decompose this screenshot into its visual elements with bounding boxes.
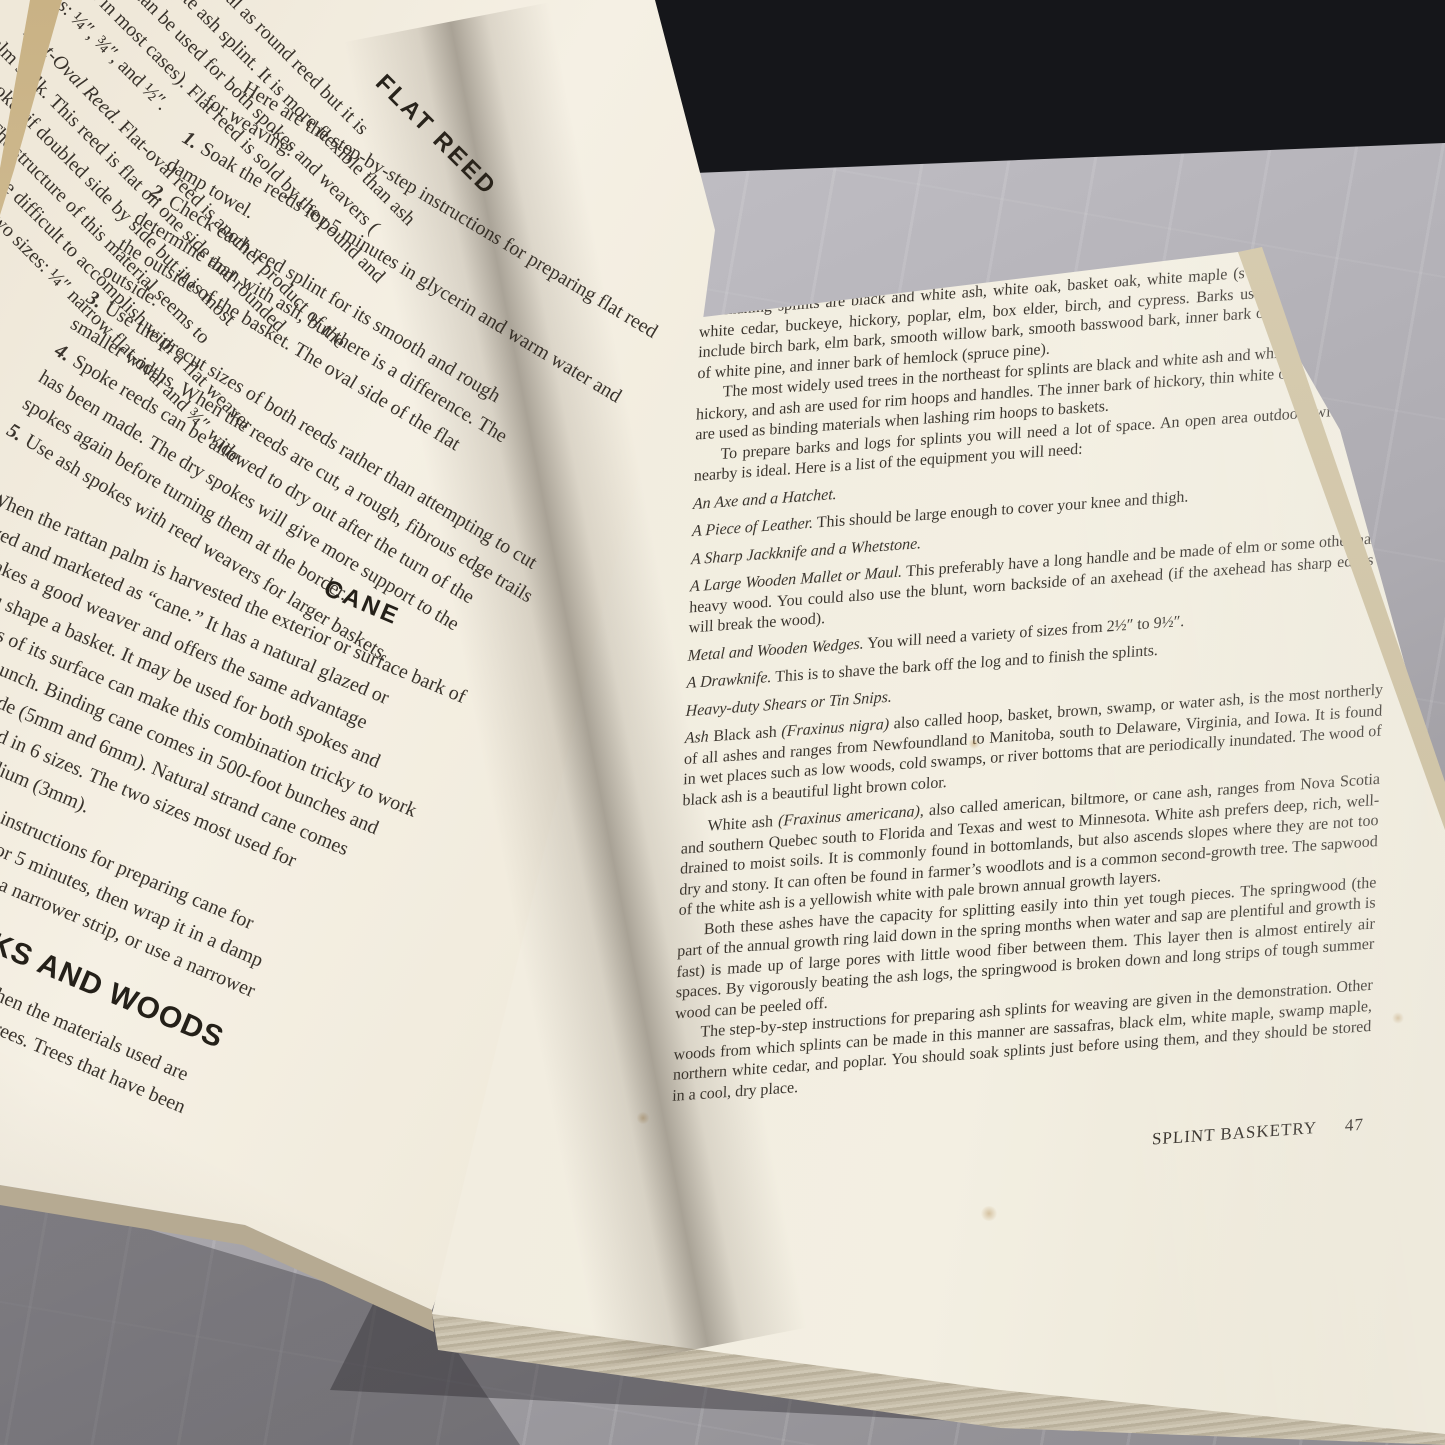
paragraph: Both these ashes have the capacity for s…: [675, 873, 1377, 1025]
foxing-spot: [968, 738, 980, 749]
equipment-item: A Drawknife. This is to shave the bark o…: [686, 625, 1385, 694]
running-head: SPLINT BASKETRY: [1152, 1118, 1318, 1149]
paragraph: White ash (Fraxinus americana), also cal…: [678, 770, 1380, 922]
equipment-item: An Axe and a Hatchet.: [693, 446, 1392, 515]
equipment-item: Ash Black ash (Fraxinus nigra) also call…: [682, 680, 1383, 811]
paragraph: The step-by-step instructions for prepar…: [672, 976, 1373, 1107]
paragraph: To prepare barks and logs for splints yo…: [694, 397, 1394, 487]
equipment-item: A Sharp Jackknife and a Whetstone.: [691, 501, 1390, 570]
equipment-item: A Large Wooden Mallet or Maul. This pref…: [688, 529, 1388, 640]
page-number: 47: [1345, 1115, 1365, 1135]
equipment-item: A Piece of Leather. This should be large…: [692, 473, 1391, 542]
open-book-photo: FLAT REED is the same material as round …: [0, 0, 1445, 1445]
equipment-item: Metal and Wooden Wedges. You will need a…: [687, 597, 1386, 666]
foxing-spot: [980, 1206, 998, 1221]
foxing-spot: [1392, 1012, 1404, 1024]
equipment-item: Heavy-duty Shears or Tin Snips.: [685, 653, 1384, 722]
